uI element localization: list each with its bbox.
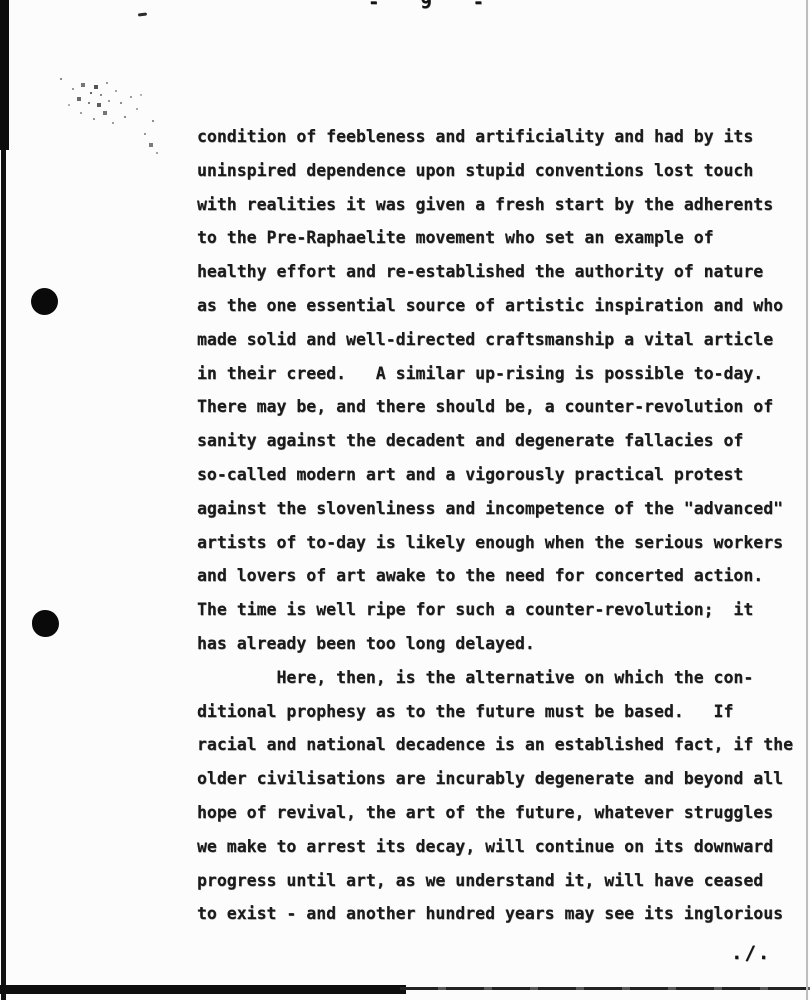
text-line: and lovers of art awake to the need for … — [197, 559, 803, 593]
text-line: healthy effort and re-established the au… — [197, 255, 803, 289]
scan-edge-right — [806, 0, 808, 1000]
scan-edge-bottom — [0, 985, 406, 994]
page-number: - 9 - — [368, 0, 490, 13]
text-line: has already been too long delayed. — [197, 627, 803, 661]
document-page: - 9 - condition of feebleness and artifi… — [0, 0, 810, 1000]
text-line: condition of feebleness and artificialit… — [197, 120, 803, 154]
text-line: uninspired dependence upon stupid conven… — [197, 154, 803, 188]
scan-edge-bottom-thin — [400, 987, 810, 990]
text-line: in their creed. A similar up-rising is p… — [197, 357, 803, 391]
text-line: as the one essential source of artistic … — [197, 289, 803, 323]
text-line: There may be, and there should be, a cou… — [197, 390, 803, 424]
stray-mark — [138, 12, 147, 16]
smudge-mark — [60, 78, 62, 80]
text-line: older civilisations are incurably degene… — [197, 762, 803, 796]
continuation-mark: ./. — [731, 942, 771, 964]
text-line: so-called modern art and a vigorously pr… — [197, 458, 803, 492]
text-line: to the Pre-Raphaelite movement who set a… — [197, 221, 803, 255]
text-line: to exist - and another hundred years may… — [197, 897, 803, 931]
text-line: ditional prophesy as to the future must … — [197, 695, 803, 729]
text-line: artists of to-day is likely enough when … — [197, 526, 803, 560]
typed-text-block: condition of feebleness and artificialit… — [197, 120, 803, 931]
text-line: The time is well ripe for such a counter… — [197, 593, 803, 627]
punch-hole-top — [31, 288, 58, 315]
text-line: racial and national decadence is an esta… — [197, 728, 803, 762]
text-line: hope of revival, the art of the future, … — [197, 796, 803, 830]
text-line: progress until art, as we understand it,… — [197, 864, 803, 898]
scan-edge-left-top — [0, 0, 9, 150]
text-line: we make to arrest its decay, will contin… — [197, 830, 803, 864]
text-line: Here, then, is the alternative on which … — [197, 661, 803, 695]
text-line: made solid and well-directed craftsmansh… — [197, 323, 803, 357]
punch-hole-bottom — [32, 610, 59, 637]
text-line: against the slovenliness and incompetenc… — [197, 492, 803, 526]
scan-edge-left — [1, 0, 6, 1000]
text-line: sanity against the decadent and degenera… — [197, 424, 803, 458]
text-line: with realities it was given a fresh star… — [197, 188, 803, 222]
